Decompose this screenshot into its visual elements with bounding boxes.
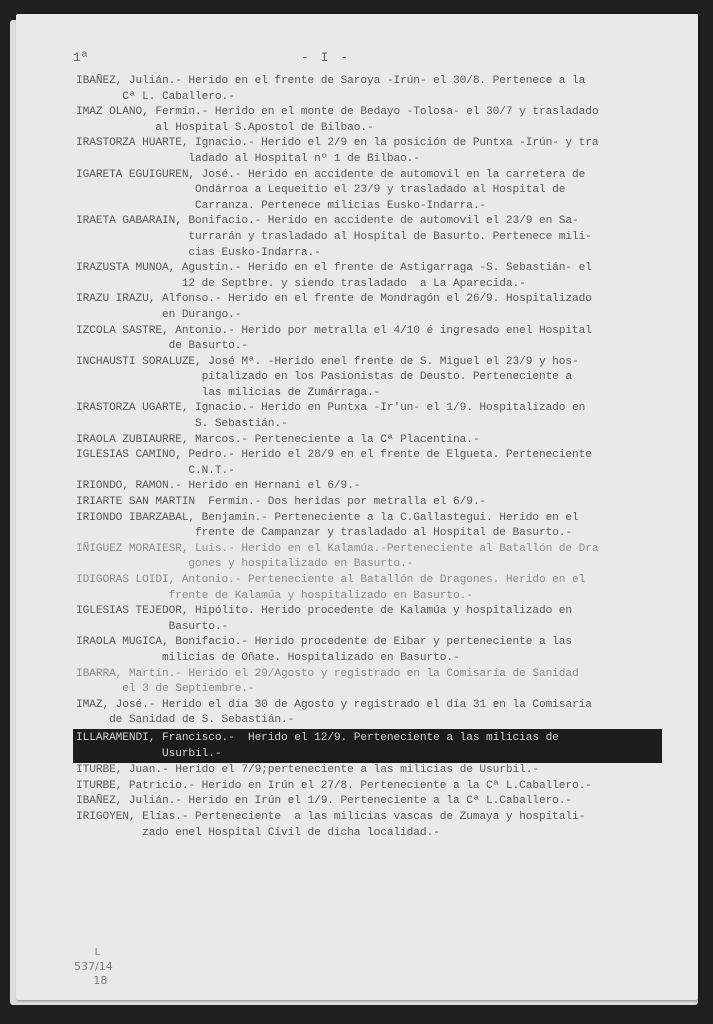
entry-continuation-line: Usurbil.-	[76, 747, 662, 763]
entry-first-line: IGLESIAS TEJEDOR, Hipólito. Herido proce…	[76, 604, 696, 620]
entry-first-line: IRASTORZA HUARTE, Ignacio.- Herido el 2/…	[76, 136, 696, 152]
list-item: ITURBE, Juan.- Herido el 7/9;pertenecien…	[76, 763, 696, 779]
list-item: IÑIGUEZ MORAIESR, Luis.- Herido en el Ka…	[76, 542, 696, 573]
list-item: IBARRA, Martín.- Herido el 29/Agosto y r…	[76, 667, 696, 698]
entry-first-line: IGLESIAS CAMINO, Pedro.- Herido el 28/9 …	[76, 448, 696, 464]
entry-continuation-line: al Hospital S.Apostol de Bilbao.-	[76, 121, 696, 137]
entry-continuation-line: cias Eusko-Indarra.-	[76, 246, 696, 262]
page-number: - I -	[301, 50, 350, 65]
entry-continuation-line: Ondárroa a Lequeitio el 23/9 y trasladad…	[76, 183, 696, 199]
entry-first-line: IRIARTE SAN MARTIN Fermín.- Dos heridas …	[76, 495, 696, 511]
entry-first-line: ILLARAMENDI, Francisco.- Herido el 12/9.…	[76, 731, 662, 747]
casualty-list: IBAÑEZ, Julián.- Herido en el frente de …	[76, 74, 696, 841]
entry-first-line: IRAZU IRAZU, Alfonso.- Herido en el fren…	[76, 292, 696, 308]
entry-continuation-line: turrarán y trasladado al Hospital de Bas…	[76, 230, 696, 246]
entry-first-line: IRAETA GABARAIN, Bonifacio.- Herido en a…	[76, 214, 696, 230]
list-item: IBAÑEZ, Julián.- Herido en el frente de …	[76, 74, 696, 105]
entry-first-line: IRAOLA ZUBIAURRE, Marcos.- Perteneciente…	[76, 433, 696, 449]
entry-first-line: IBARRA, Martín.- Herido el 29/Agosto y r…	[76, 667, 696, 683]
entry-first-line: IRAOLA MUGICA, Bonifacio.- Herido proced…	[76, 635, 696, 651]
list-item: IRASTORZA UGARTE, Ignacio.- Herido en Pu…	[76, 401, 696, 432]
list-item: IGLESIAS TEJEDOR, Hipólito. Herido proce…	[76, 604, 696, 635]
entry-first-line: IGARETA EGUIGUREN, José.- Herido en acci…	[76, 168, 696, 184]
list-item: IRIONDO IBARZABAL, Benjamín.- Pertenecie…	[76, 511, 696, 542]
entry-continuation-line: zado enel Hospital Civil de dicha locali…	[76, 826, 696, 842]
list-item: IBAÑEZ, Julián.- Herido en Irún el 1/9. …	[76, 794, 696, 810]
entry-continuation-line: las milicias de Zumárraga.-	[76, 386, 696, 402]
list-item: IRAOLA ZUBIAURRE, Marcos.- Perteneciente…	[76, 433, 696, 449]
entry-first-line: IMAZ, José.- Herido el día 30 de Agosto …	[76, 698, 696, 714]
list-item: IMAZ, José.- Herido el día 30 de Agosto …	[76, 698, 696, 729]
list-item: IRASTORZA HUARTE, Ignacio.- Herido el 2/…	[76, 136, 696, 167]
document-page: 1ª - I - IBAÑEZ, Julián.- Herido en el f…	[16, 14, 698, 1000]
entry-continuation-line: C.N.T.-	[76, 464, 696, 480]
entry-continuation-line: gones y hospitalizado en Basurto.-	[76, 557, 696, 573]
entry-first-line: IZCOLA SASTRE, Antonio.- Herido por metr…	[76, 324, 696, 340]
list-item: IDIGORAS LOIDI, Antonio.- Perteneciente …	[76, 573, 696, 604]
folio-mark: 1ª	[73, 50, 89, 65]
entry-first-line: IRAZUSTA MUNOA, Agustín.- Herido en el f…	[76, 261, 696, 277]
entry-continuation-line: Cª L. Caballero.-	[76, 90, 696, 106]
entry-first-line: IRIONDO IBARZABAL, Benjamín.- Pertenecie…	[76, 511, 696, 527]
entry-continuation-line: pitalizado en los Pasionistas de Deusto.…	[76, 370, 696, 386]
entry-first-line: IRIGOYEN, Elías.- Perteneciente a las mi…	[76, 810, 696, 826]
list-item: INCHAUSTI SORALUZE, José Mª. -Herido ene…	[76, 355, 696, 402]
entry-continuation-line: en Durango.-	[76, 308, 696, 324]
list-item: IRAZU IRAZU, Alfonso.- Herido en el fren…	[76, 292, 696, 323]
entry-first-line: IÑIGUEZ MORAIESR, Luis.- Herido en el Ka…	[76, 542, 696, 558]
entry-first-line: INCHAUSTI SORALUZE, José Mª. -Herido ene…	[76, 355, 696, 371]
entry-first-line: IMAZ OLANO, Fermín.- Herido en el monte …	[76, 105, 696, 121]
list-item: IGARETA EGUIGUREN, José.- Herido en acci…	[76, 168, 696, 215]
list-item: IRAOLA MUGICA, Bonifacio.- Herido proced…	[76, 635, 696, 666]
list-item: IGLESIAS CAMINO, Pedro.- Herido el 28/9 …	[76, 448, 696, 479]
entry-first-line: IBAÑEZ, Julián.- Herido en Irún el 1/9. …	[76, 794, 696, 810]
handwritten-annotation: L 537/14 18	[74, 946, 113, 988]
list-item-highlighted: ILLARAMENDI, Francisco.- Herido el 12/9.…	[73, 729, 662, 763]
entry-first-line: ITURBE, Juan.- Herido el 7/9;pertenecien…	[76, 763, 696, 779]
entry-continuation-line: ladado al Hospital nº 1 de Bilbao.-	[76, 152, 696, 168]
entry-continuation-line: el 3 de Septiembre.-	[76, 682, 696, 698]
entry-continuation-line: de Basurto.-	[76, 339, 696, 355]
entry-first-line: IRIONDO, RAMON.- Herido en Hernani el 6/…	[76, 479, 696, 495]
entry-continuation-line: milicias de Oñate. Hospitalizado en Basu…	[76, 651, 696, 667]
entry-first-line: IRASTORZA UGARTE, Ignacio.- Herido en Pu…	[76, 401, 696, 417]
list-item: IRIONDO, RAMON.- Herido en Hernani el 6/…	[76, 479, 696, 495]
list-item: IRAZUSTA MUNOA, Agustín.- Herido en el f…	[76, 261, 696, 292]
entry-continuation-line: 12 de Septbre. y siendo trasladado a La …	[76, 277, 696, 293]
entry-continuation-line: Carranza. Pertenece milicias Eusko-Indar…	[76, 199, 696, 215]
list-item: IMAZ OLANO, Fermín.- Herido en el monte …	[76, 105, 696, 136]
entry-continuation-line: frente de Kalamúa y hospitalizado en Bas…	[76, 589, 696, 605]
annotation-line-2: 537/14	[74, 960, 113, 974]
annotation-line-3: 18	[74, 974, 113, 988]
entry-first-line: ITURBE, Patricio.- Herido en Irún el 27/…	[76, 779, 696, 795]
entry-continuation-line: S. Sebastián.-	[76, 417, 696, 433]
entry-continuation-line: frente de Campanzar y trasladado al Hosp…	[76, 526, 696, 542]
list-item: IRIGOYEN, Elías.- Perteneciente a las mi…	[76, 810, 696, 841]
list-item: IRIARTE SAN MARTIN Fermín.- Dos heridas …	[76, 495, 696, 511]
entry-first-line: IDIGORAS LOIDI, Antonio.- Perteneciente …	[76, 573, 696, 589]
entry-continuation-line: de Sanidad de S. Sebastián.-	[76, 713, 696, 729]
list-item: IRAETA GABARAIN, Bonifacio.- Herido en a…	[76, 214, 696, 261]
list-item: IZCOLA SASTRE, Antonio.- Herido por metr…	[76, 324, 696, 355]
list-item: ITURBE, Patricio.- Herido en Irún el 27/…	[76, 779, 696, 795]
entry-continuation-line: Basurto.-	[76, 620, 696, 636]
annotation-line-1: L	[74, 946, 113, 960]
entry-first-line: IBAÑEZ, Julián.- Herido en el frente de …	[76, 74, 696, 90]
page-header: 1ª - I -	[16, 50, 698, 66]
